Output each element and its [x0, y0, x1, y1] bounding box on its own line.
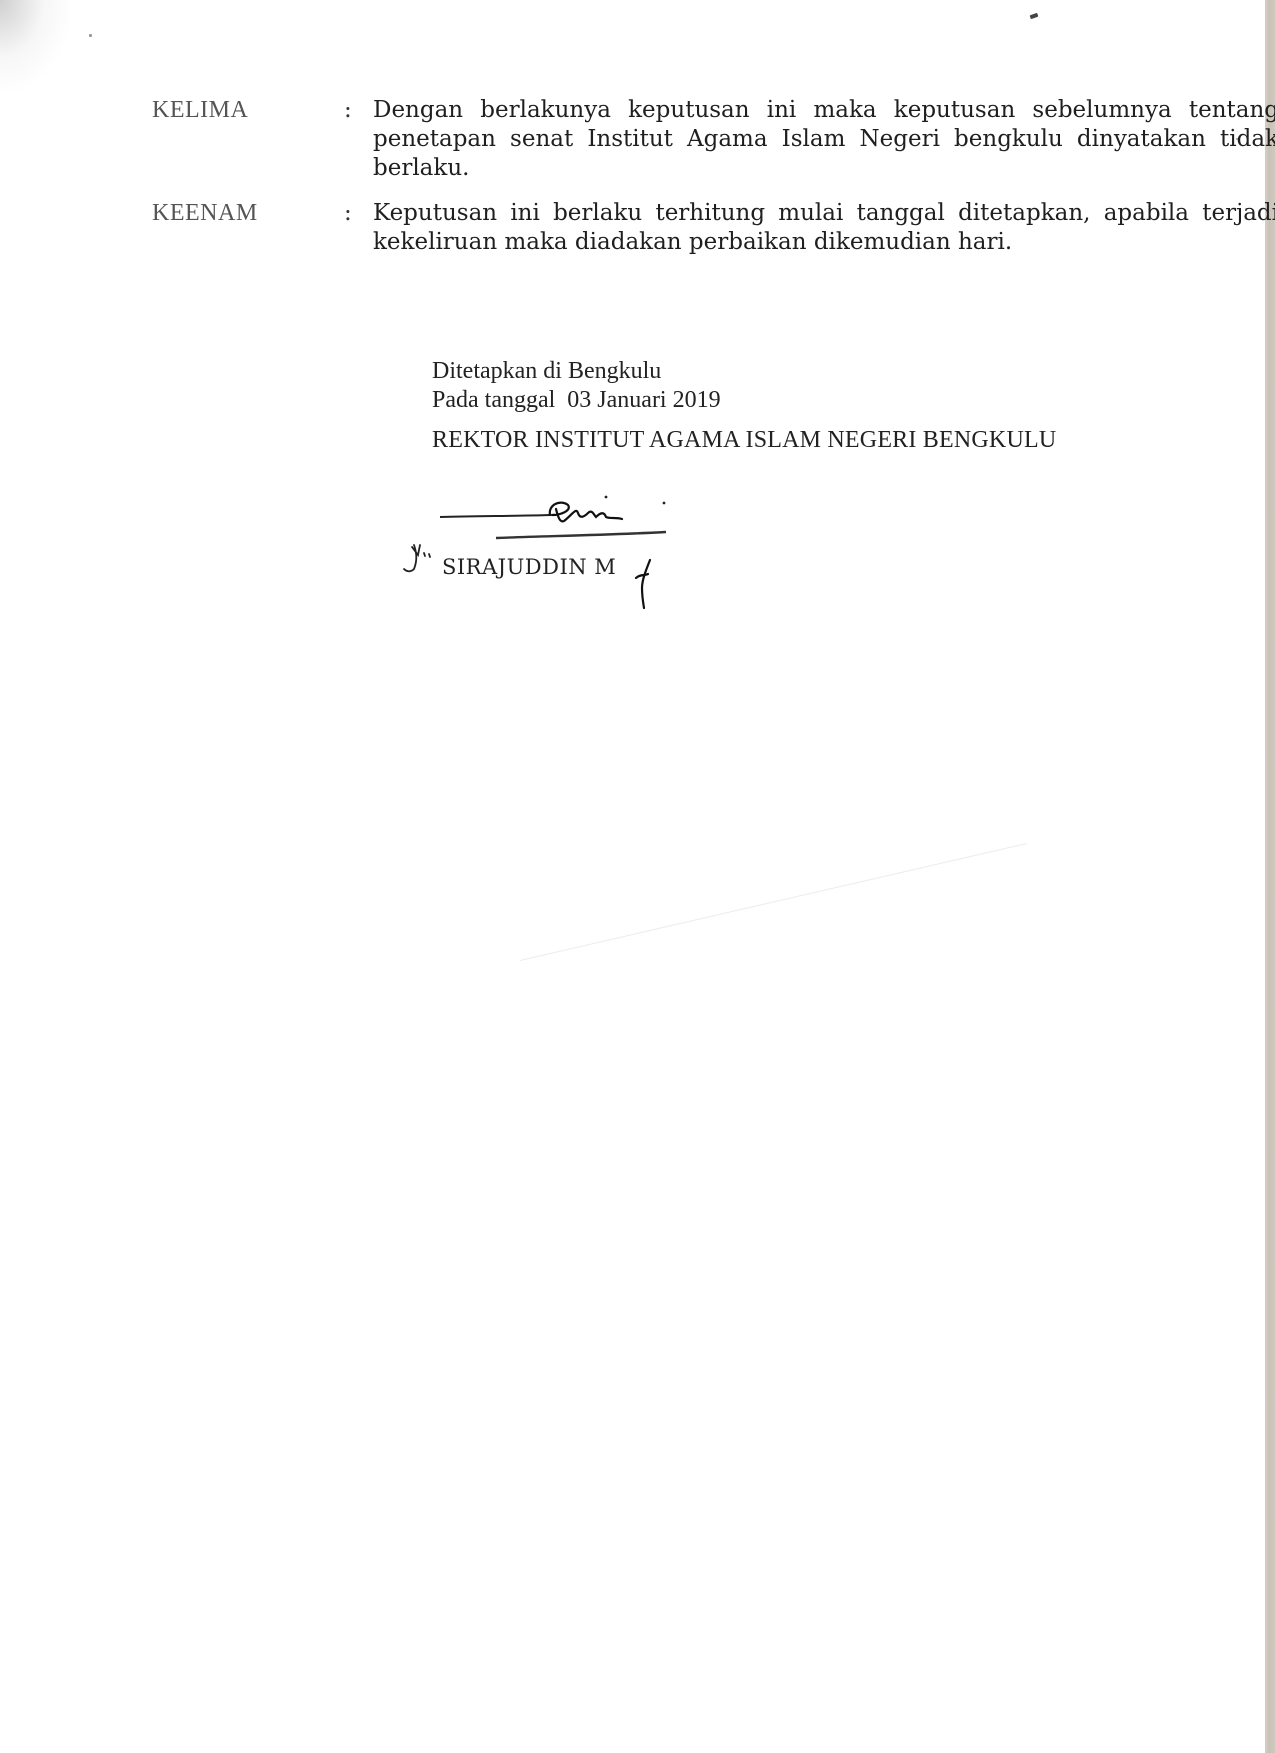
- clause-label: KELIMA: [152, 96, 248, 125]
- clause-separator: :: [344, 96, 352, 125]
- signature-date: Pada tanggal 03 Januari 2019: [432, 387, 721, 414]
- clause-text: Keputusan ini berlaku terhitung mulai ta…: [373, 199, 1275, 257]
- signatory-name: SIRAJUDDIN M: [442, 555, 616, 579]
- signature-place: Ditetapkan di Bengkulu: [432, 358, 661, 385]
- scan-speck: [1030, 13, 1039, 19]
- clause-text: Dengan berlakunya keputusan ini maka kep…: [373, 96, 1275, 183]
- signatory-title: REKTOR INSTITUT AGAMA ISLAM NEGERI BENGK…: [432, 427, 1056, 454]
- scanner-edge: [1265, 0, 1275, 1753]
- scan-shadow: [0, 0, 70, 90]
- clause-separator: :: [344, 199, 352, 228]
- scan-streak: [520, 843, 1027, 961]
- scan-speck: [89, 34, 92, 37]
- paraf-icon: [632, 556, 662, 611]
- clause-label: KEENAM: [152, 199, 258, 228]
